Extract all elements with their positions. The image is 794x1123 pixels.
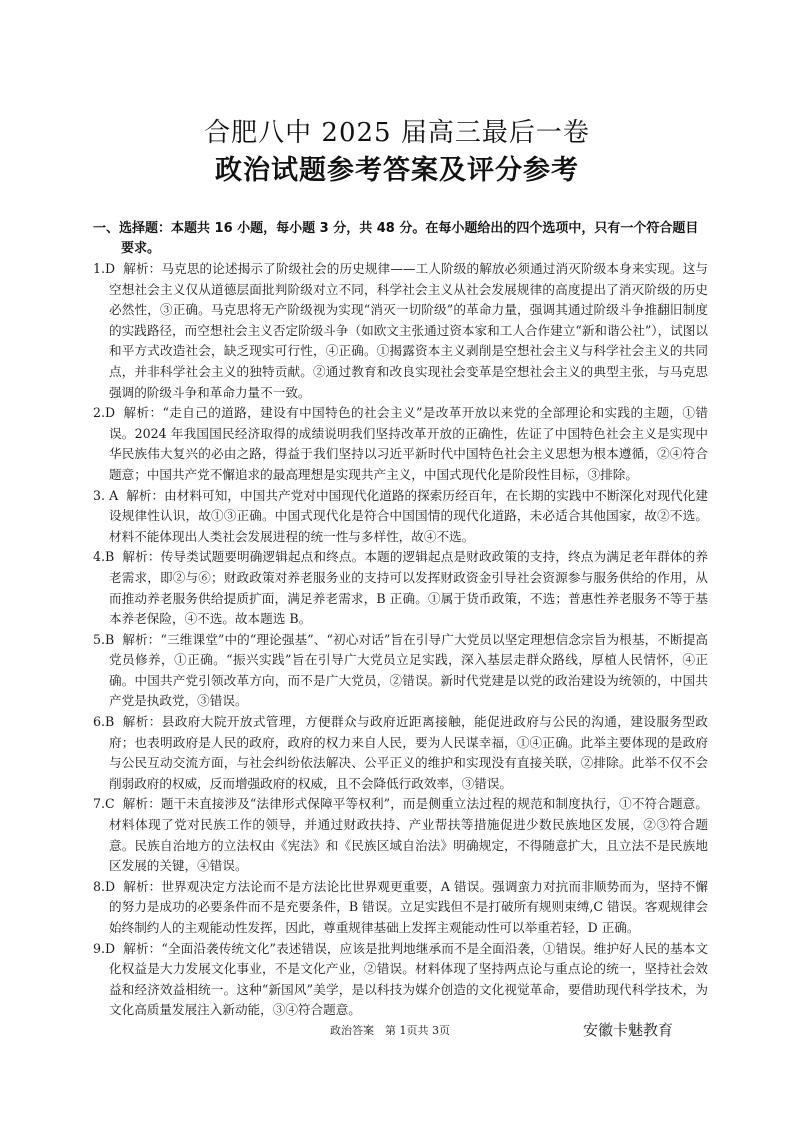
section-heading-line1: 一、选择题：本题共 16 小题，每小题 3 分，共 48 分。在每小题给出的四个… — [93, 221, 698, 236]
section-heading-line2: 要求。 — [93, 239, 705, 259]
answer-item-2: 2.D解析：“走自己的道路，建设有中国特色的社会主义”是改革开放以来党的全部理论… — [93, 403, 708, 485]
answer-item-1: 1.D解析：马克思的论述揭示了阶级社会的历史规律——工人阶级的解放必须通过消灭阶… — [93, 259, 708, 403]
answer-item-9: 9.D解析：“全面沿袭传统文化”表述错误，应该是批判地继承而不是全面沿袭，①错误… — [93, 939, 708, 1021]
answer-number: 5.B — [93, 632, 114, 647]
answer-item-3: 3. A解析：由材料可知，中国共产党对中国现代化道路的探索历经百年，在长期的实践… — [93, 486, 708, 548]
document-subtitle: 政治试题参考答案及评分参考 — [0, 148, 794, 187]
answer-number: 9.D — [93, 941, 115, 956]
section-heading: 一、选择题：本题共 16 小题，每小题 3 分，共 48 分。在每小题给出的四个… — [93, 219, 705, 259]
answer-item-6: 6.B解析：县政府大院开放式管理，方便群众与政府近距离接触，能促进政府与公民的沟… — [93, 712, 708, 794]
answer-number: 2.D — [93, 405, 115, 420]
answer-explanation: 解析：题干未直接涉及“法律形式保障平等权利”，而是侧重立法过程的规范和制度执行，… — [109, 796, 708, 873]
answer-item-5: 5.B解析：“三维课堂”中的“理论强基”、“初心对话”旨在引导广大党员以坚定理想… — [93, 630, 708, 712]
answer-explanation: 解析：“全面沿袭传统文化”表述错误，应该是批判地继承而不是全面沿袭，①错误。维护… — [109, 941, 708, 1018]
answer-list: 1.D解析：马克思的论述揭示了阶级社会的历史规律——工人阶级的解放必须通过消灭阶… — [93, 259, 708, 1021]
document-page: 合肥八中 2025 届高三最后一卷 政治试题参考答案及评分参考 一、选择题：本题… — [0, 0, 794, 1123]
page-footer: 政治答案 第 1页共 3页 — [330, 1022, 450, 1038]
publisher-watermark: 安徽卡魅教育 — [583, 1019, 673, 1040]
answer-number: 1.D — [93, 261, 115, 276]
answer-number: 8.D — [93, 879, 115, 894]
answer-number: 6.B — [93, 714, 114, 729]
exam-title: 合肥八中 2025 届高三最后一卷 — [0, 112, 794, 149]
answer-explanation: 解析：“走自己的道路，建设有中国特色的社会主义”是改革开放以来党的全部理论和实践… — [109, 405, 708, 482]
answer-explanation: 解析：马克思的论述揭示了阶级社会的历史规律——工人阶级的解放必须通过消灭阶级本身… — [109, 261, 708, 400]
answer-explanation: 解析：由材料可知，中国共产党对中国现代化道路的探索历经百年，在长期的实践中不断深… — [109, 488, 708, 544]
answer-explanation: 解析：县政府大院开放式管理，方便群众与政府近距离接触，能促进政府与公民的沟通，建… — [109, 714, 708, 791]
answer-number: 4.B — [93, 549, 114, 564]
answer-number: 7.C — [93, 796, 115, 811]
answer-explanation: 解析：传导类试题要明确逻辑起点和终点。本题的逻辑起点是财政政策的支持，终点为满足… — [109, 549, 708, 626]
answer-explanation: 解析：世界观决定方法论而不是方法论比世界观更重要，A 错误。强调蛮力对抗而非顺势… — [109, 879, 708, 935]
answer-item-8: 8.D解析：世界观决定方法论而不是方法论比世界观更重要，A 错误。强调蛮力对抗而… — [93, 877, 708, 939]
answer-item-4: 4.B解析：传导类试题要明确逻辑起点和终点。本题的逻辑起点是财政政策的支持，终点… — [93, 547, 708, 629]
answer-item-7: 7.C解析：题干未直接涉及“法律形式保障平等权利”，而是侧重立法过程的规范和制度… — [93, 794, 708, 876]
answer-explanation: 解析：“三维课堂”中的“理论强基”、“初心对话”旨在引导广大党员以坚定理想信念宗… — [109, 632, 708, 709]
answer-number: 3. A — [93, 488, 118, 503]
